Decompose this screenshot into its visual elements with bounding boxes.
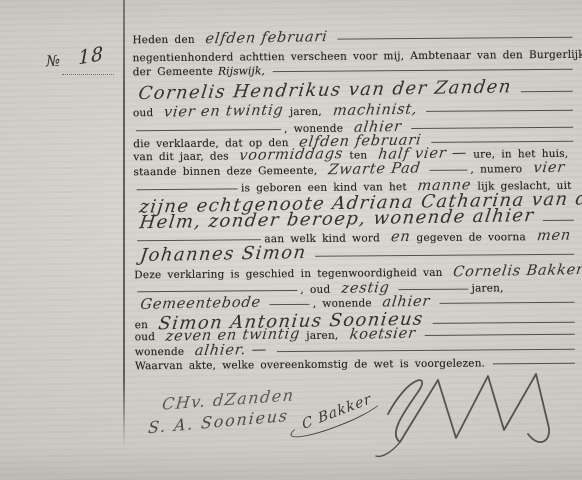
blank-rule <box>431 139 573 143</box>
form-line: negentienhonderd achttien verscheen voor… <box>133 49 576 64</box>
printed-text: , wonende <box>313 297 372 309</box>
printed-text: jaren, <box>290 106 322 118</box>
blank-rule <box>521 89 573 92</box>
printed-text: jaren, <box>306 330 338 342</box>
form-line: Johannes Simon <box>134 241 577 265</box>
printed-text: Heden den <box>132 34 194 46</box>
printed-text: oud <box>133 107 153 119</box>
handwritten-entry: elfden februari <box>205 29 329 47</box>
printed-text: oud <box>135 331 155 343</box>
printed-text: Deze verklaring is geschied in tegenwoor… <box>134 267 442 281</box>
blank-rule <box>270 302 310 305</box>
handwritten-entry: Cornelis Hendrikus van der Zanden <box>137 76 513 104</box>
birth-certificate-page: № 18 Heden denelfden februarinegentienho… <box>0 0 582 480</box>
handwritten-entry: Johannes Simon <box>139 242 308 266</box>
blank-rule <box>137 237 261 241</box>
handwritten-entry: vier <box>532 160 566 177</box>
blank-rule <box>315 252 574 257</box>
handwritten-entry: Gemeentebode <box>139 295 261 313</box>
blank-rule <box>433 320 575 324</box>
printed-text: wonende <box>135 346 184 358</box>
registrar-signature-flourish-icon <box>372 368 572 467</box>
blank-rule <box>337 35 573 40</box>
blank-rule <box>136 127 281 131</box>
form-line: Heden denelfden februari <box>132 28 575 47</box>
handwritten-entry: Cornelis Bakker <box>453 262 582 280</box>
printed-text: Rijswijk, <box>218 65 265 77</box>
printed-text: , numero <box>470 163 522 175</box>
handwritten-entry: machinist, <box>332 102 418 120</box>
blank-rule <box>399 287 469 291</box>
printed-text: ure, in het huis, <box>473 148 568 161</box>
blank-rule <box>273 67 573 72</box>
blank-rule <box>429 168 467 171</box>
blank-rule <box>411 125 573 129</box>
blank-rule <box>426 108 573 112</box>
blank-rule <box>439 300 574 304</box>
handwritten-entry: Zwarte Pad <box>327 160 421 178</box>
handwritten-entry: vier en twintig <box>163 102 285 120</box>
blank-rule <box>543 218 574 221</box>
printed-text: staande binnen deze Gemeente, <box>133 165 317 178</box>
printed-text: van dit jaar, des <box>133 150 229 163</box>
form-line: Cornelis Hendrikus van der Zanden <box>133 78 576 102</box>
printed-text: negentienhonderd achttien verscheen voor… <box>133 48 582 64</box>
printed-text: ten <box>349 149 367 161</box>
printed-text: der Gemeente <box>133 66 213 79</box>
handwritten-entry: alhier. — <box>194 342 268 359</box>
blank-rule <box>493 361 575 365</box>
blank-rule <box>276 347 575 352</box>
blank-rule <box>424 332 574 336</box>
blank-rule <box>137 186 238 190</box>
blank-rule <box>137 288 297 292</box>
